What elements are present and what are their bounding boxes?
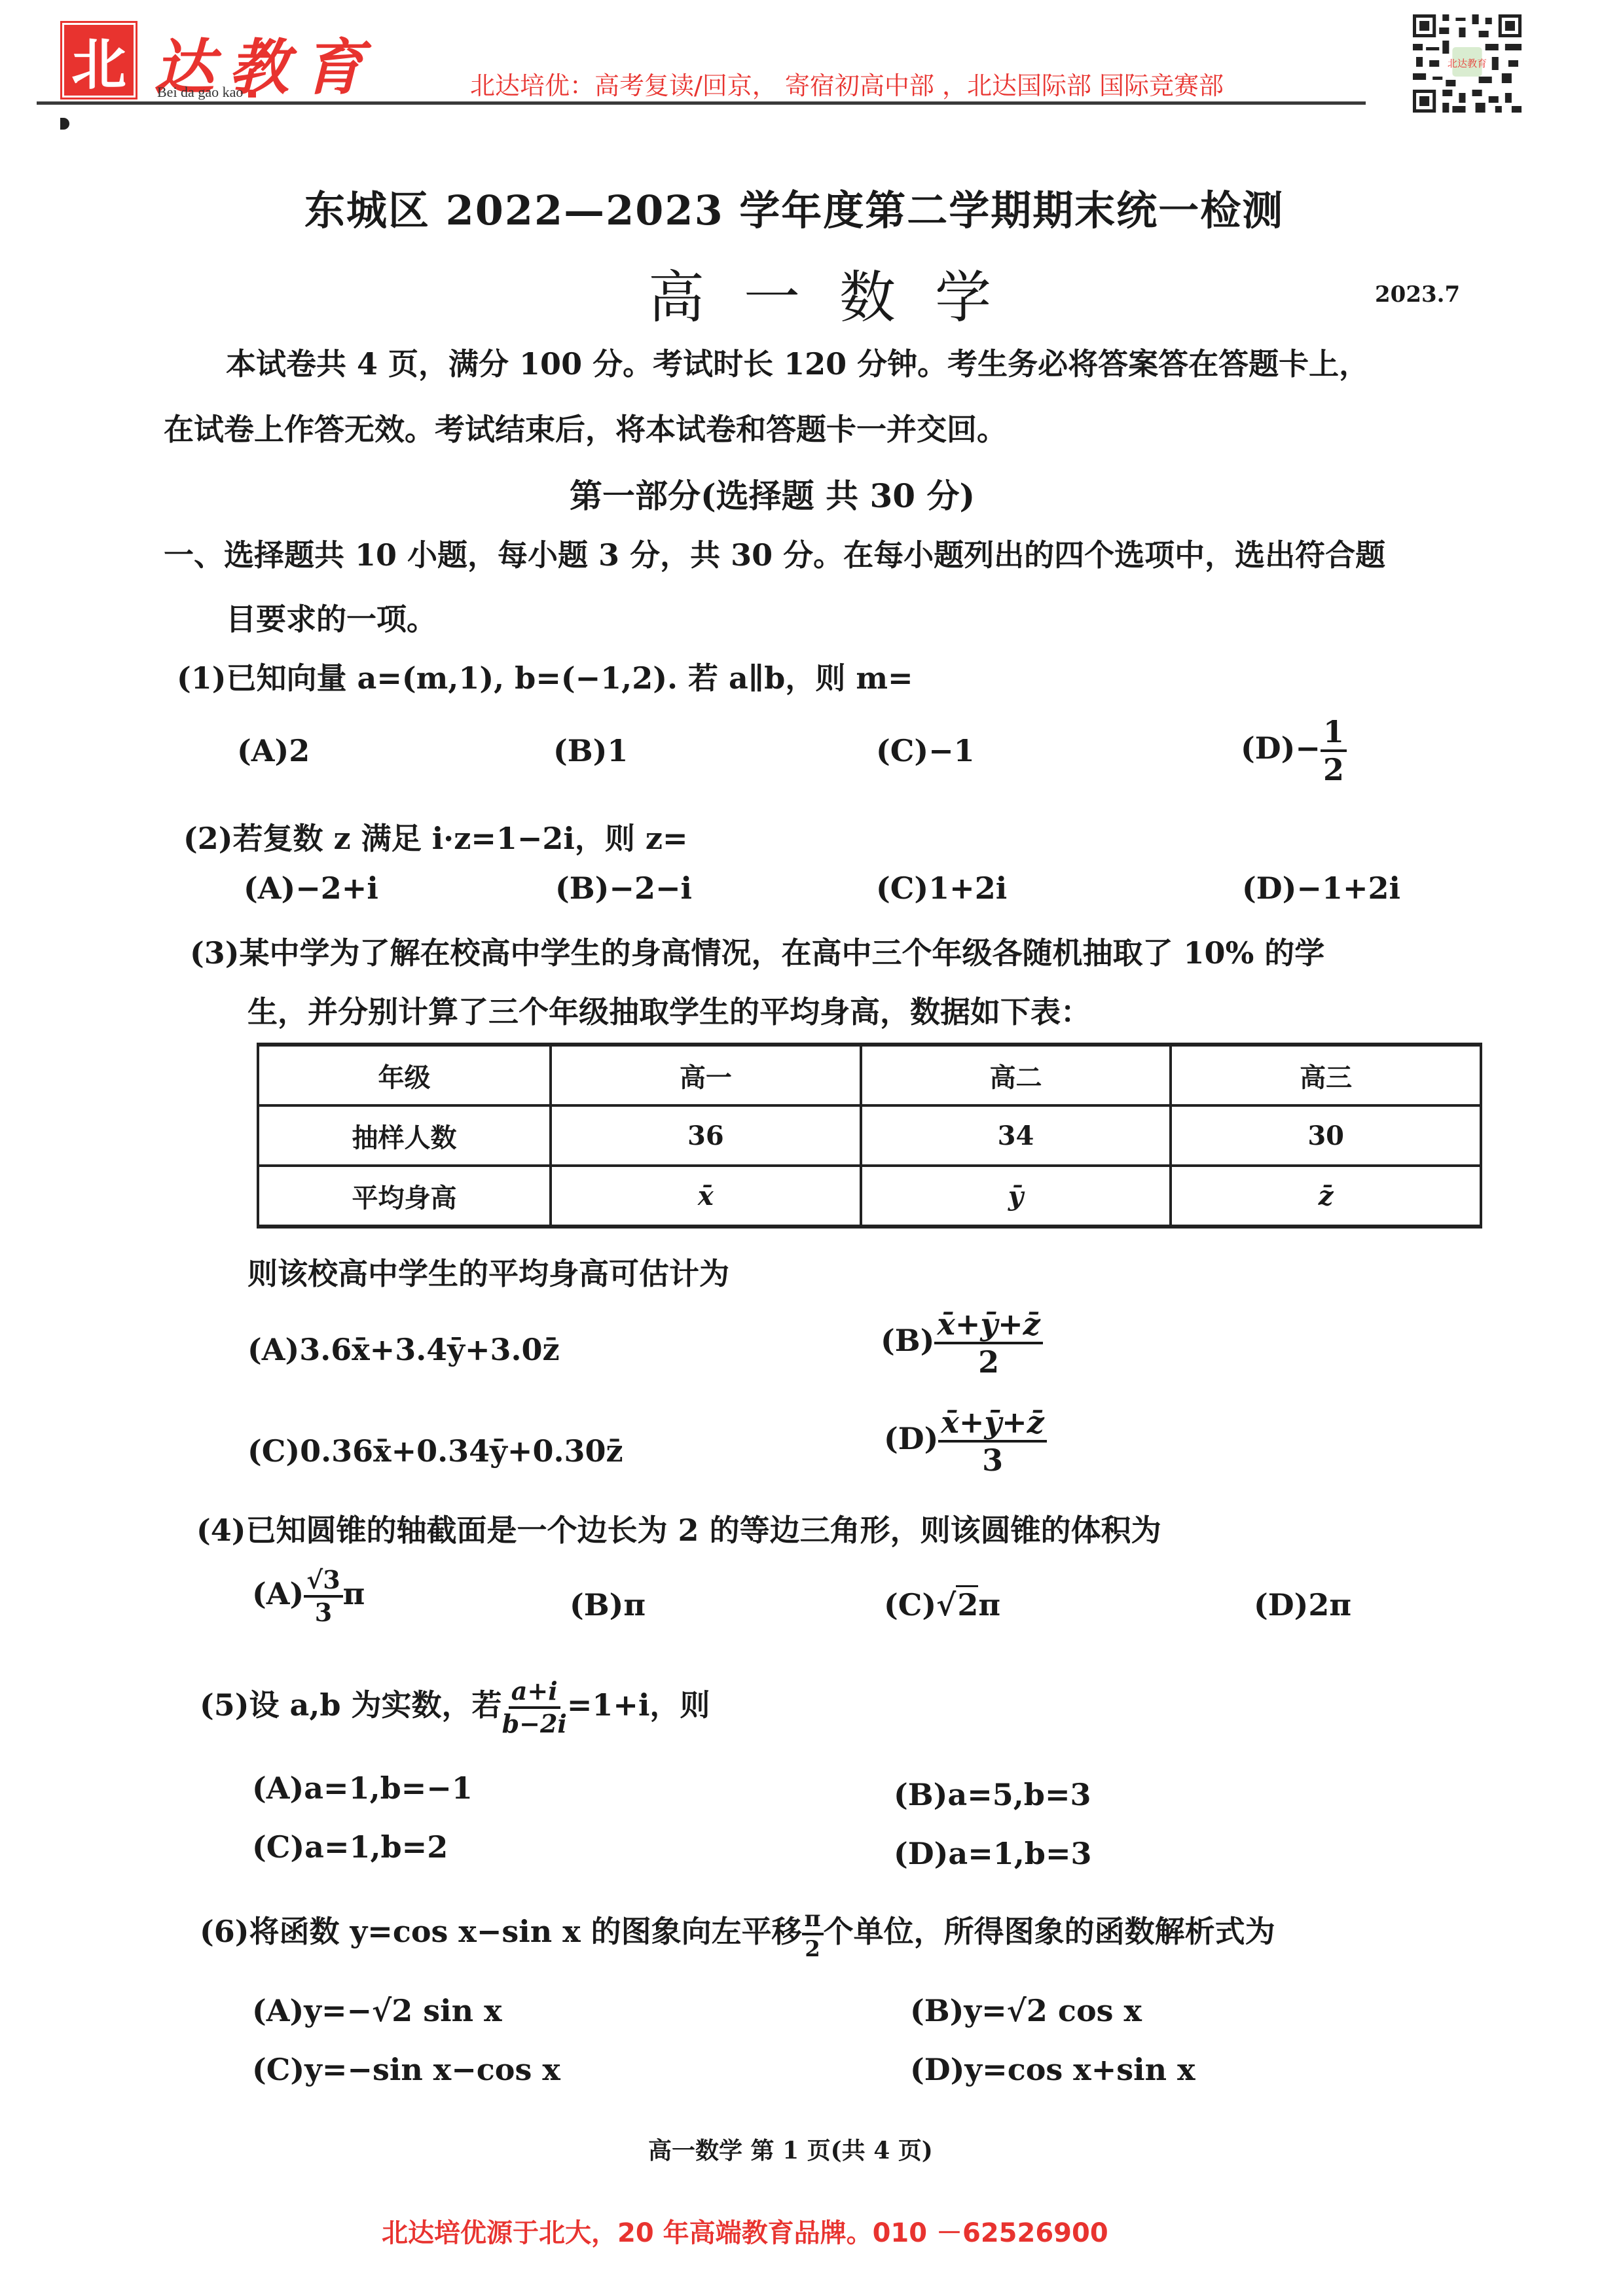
option-d-prefix: (D)− <box>1241 730 1321 766</box>
exam-date: 2023.7 <box>1375 281 1460 308</box>
numerator: a+i <box>509 1679 560 1709</box>
denominator: 2 <box>978 1344 999 1377</box>
logo-seal: 北 <box>64 25 134 96</box>
numerator: √3 <box>304 1568 342 1598</box>
stem-suffix: 个单位，所得图象的函数解析式为 <box>824 1914 1275 1949</box>
radicand: 2 <box>956 1585 978 1623</box>
question-3-option-a: (A)3.6x̄+3.4ȳ+3.0z̄ <box>247 1332 560 1367</box>
fraction: a+ib−2i <box>502 1679 567 1736</box>
fraction: √33 <box>304 1568 342 1625</box>
question-2-option-c: (C)1+2i <box>876 870 1007 906</box>
option-d-prefix: (D) <box>884 1421 938 1456</box>
table-cell: 34 <box>861 1105 1171 1166</box>
numerator: π <box>802 1908 824 1935</box>
table-cell: 36 <box>551 1105 861 1166</box>
header-slogan: 北达培优：高考复读/回京， 寄宿初高中部 ，北达国际部 国际竞赛部 <box>470 65 1224 101</box>
option-a-prefix: (A) <box>252 1576 304 1611</box>
height-data-table: 年级 高一 高二 高三 抽样人数 36 34 30 平均身高 x̄ ȳ z̄ <box>257 1043 1482 1229</box>
question-6-stem: (6)将函数 y=cos x−sin x 的图象向左平移π2个单位，所得图象的函… <box>200 1908 1275 1960</box>
table-header: 高三 <box>1171 1045 1481 1105</box>
denominator: 2 <box>1323 752 1344 785</box>
question-3-followup: 则该校高中学生的平均身高可估计为 <box>247 1250 729 1293</box>
question-6-option-c: (C)y=−sin x−cos x <box>252 2052 560 2087</box>
stem-prefix: (6)将函数 y=cos x−sin x 的图象向左平移 <box>200 1914 802 1949</box>
question-4-option-b: (B)π <box>570 1587 646 1623</box>
question-2-option-d: (D)−1+2i <box>1242 870 1400 906</box>
table-cell: 抽样人数 <box>258 1105 551 1166</box>
table-header: 高二 <box>861 1045 1171 1105</box>
numerator: x̄+ȳ+z̄ <box>938 1407 1046 1443</box>
header-divider <box>37 101 1366 105</box>
question-1-option-c: (C)−1 <box>876 733 975 768</box>
fraction: x̄+ȳ+z̄3 <box>938 1407 1046 1475</box>
section-intro-line-1: 一、选择题共 10 小题，每小题 3 分，共 30 分。在每小题列出的四个选项中… <box>164 531 1385 575</box>
fraction: π2 <box>802 1908 824 1960</box>
denominator: 3 <box>315 1598 332 1625</box>
part-title: 第一部分(选择题 共 30 分) <box>570 470 975 517</box>
question-4-option-d: (D)2π <box>1254 1587 1351 1623</box>
table-cell: x̄ <box>551 1166 861 1227</box>
table-header: 高一 <box>551 1045 861 1105</box>
table-row: 平均身高 x̄ ȳ z̄ <box>258 1166 1481 1227</box>
question-4-option-a: (A)√33π <box>252 1568 365 1625</box>
question-4-stem: (4)已知圆锥的轴截面是一个边长为 2 的等边三角形，则该圆锥的体积为 <box>196 1507 1161 1550</box>
question-3-stem-line-2: 生，并分别计算了三个年级抽取学生的平均身高，数据如下表： <box>247 988 1091 1031</box>
denominator: 2 <box>805 1935 820 1960</box>
denominator: b−2i <box>502 1709 567 1736</box>
option-c-suffix: π <box>978 1587 1000 1623</box>
fraction: 12 <box>1321 717 1347 785</box>
qr-code-icon: 北达教育 <box>1413 14 1522 113</box>
question-5-option-b: (B)a=5,b=3 <box>894 1777 1091 1812</box>
table-row: 抽样人数 36 34 30 <box>258 1105 1481 1166</box>
question-3-option-c: (C)0.36x̄+0.34ȳ+0.30z̄ <box>247 1433 623 1469</box>
stem-suffix: =1+i，则 <box>567 1687 710 1723</box>
table-header: 年级 <box>258 1045 551 1105</box>
question-6-option-a: (A)y=−√2 sin x <box>252 1993 502 2028</box>
question-1-option-a: (A)2 <box>237 733 310 768</box>
question-5-option-d: (D)a=1,b=3 <box>894 1836 1092 1871</box>
numerator: x̄+ȳ+z̄ <box>934 1309 1042 1344</box>
numerator: 1 <box>1321 717 1347 752</box>
logo-square-icon <box>248 90 256 98</box>
option-c-prefix: (C)√ <box>884 1587 956 1623</box>
option-a-suffix: π <box>343 1576 365 1611</box>
question-1-stem: (1)已知向量 a=(m,1), b=(−1,2). 若 a∥b，则 m= <box>177 655 913 698</box>
question-5-option-c: (C)a=1,b=2 <box>252 1829 448 1865</box>
instructions-line-1: 本试卷共 4 页，满分 100 分。考试时长 120 分钟。考生务必将答案答在答… <box>226 340 1369 384</box>
exam-subject: 高一数学 <box>648 252 1030 333</box>
question-5-option-a: (A)a=1,b=−1 <box>252 1770 473 1806</box>
table-cell: 平均身高 <box>258 1166 551 1227</box>
question-1-option-d: (D)−12 <box>1241 717 1347 785</box>
denominator: 3 <box>982 1443 1003 1475</box>
exam-title: 东城区 2022—2023 学年度第二学期期末统一检测 <box>304 178 1284 236</box>
question-6-option-b: (B)y=√2 cos x <box>910 1993 1142 2028</box>
fraction: x̄+ȳ+z̄2 <box>934 1309 1042 1377</box>
question-2-stem: (2)若复数 z 满足 i·z=1−2i，则 z= <box>183 815 688 858</box>
question-5-stem: (5)设 a,b 为实数，若a+ib−2i=1+i，则 <box>200 1679 710 1736</box>
table-cell: 30 <box>1171 1105 1481 1166</box>
question-3-stem-line-1: (3)某中学为了解在校高中学生的身高情况，在高中三个年级各随机抽取了 10% 的… <box>190 929 1324 973</box>
scan-mark <box>60 118 69 130</box>
qr-center-text: 北达教育 <box>1448 58 1487 69</box>
logo-subtitle-text: Bei da gao kao <box>157 84 243 100</box>
option-b-prefix: (B) <box>881 1323 934 1358</box>
footer-slogan: 北达培优源于北大，20 年高端教育品牌。010 －62526900 <box>382 2212 1108 2250</box>
logo-subtitle: Bei da gao kao <box>157 84 256 101</box>
table-cell: z̄ <box>1171 1166 1481 1227</box>
question-6-option-d: (D)y=cos x+sin x <box>910 2052 1195 2087</box>
question-1-option-b: (B)1 <box>553 733 628 768</box>
table-cell: ȳ <box>861 1166 1171 1227</box>
page-number: 高一数学 第 1 页(共 4 页) <box>648 2132 933 2166</box>
instructions-line-2: 在试卷上作答无效。考试结束后，将本试卷和答题卡一并交回。 <box>164 406 1007 449</box>
question-2-option-a: (A)−2+i <box>244 870 378 906</box>
question-3-option-b: (B)x̄+ȳ+z̄2 <box>881 1309 1043 1377</box>
stem-prefix: (5)设 a,b 为实数，若 <box>200 1687 502 1723</box>
section-intro-line-2: 目要求的一项。 <box>226 596 437 639</box>
question-2-option-b: (B)−2−i <box>555 870 692 906</box>
question-3-option-d: (D)x̄+ȳ+z̄3 <box>884 1407 1047 1475</box>
question-4-option-c: (C)√2π <box>884 1587 1000 1623</box>
table-header-row: 年级 高一 高二 高三 <box>258 1045 1481 1105</box>
